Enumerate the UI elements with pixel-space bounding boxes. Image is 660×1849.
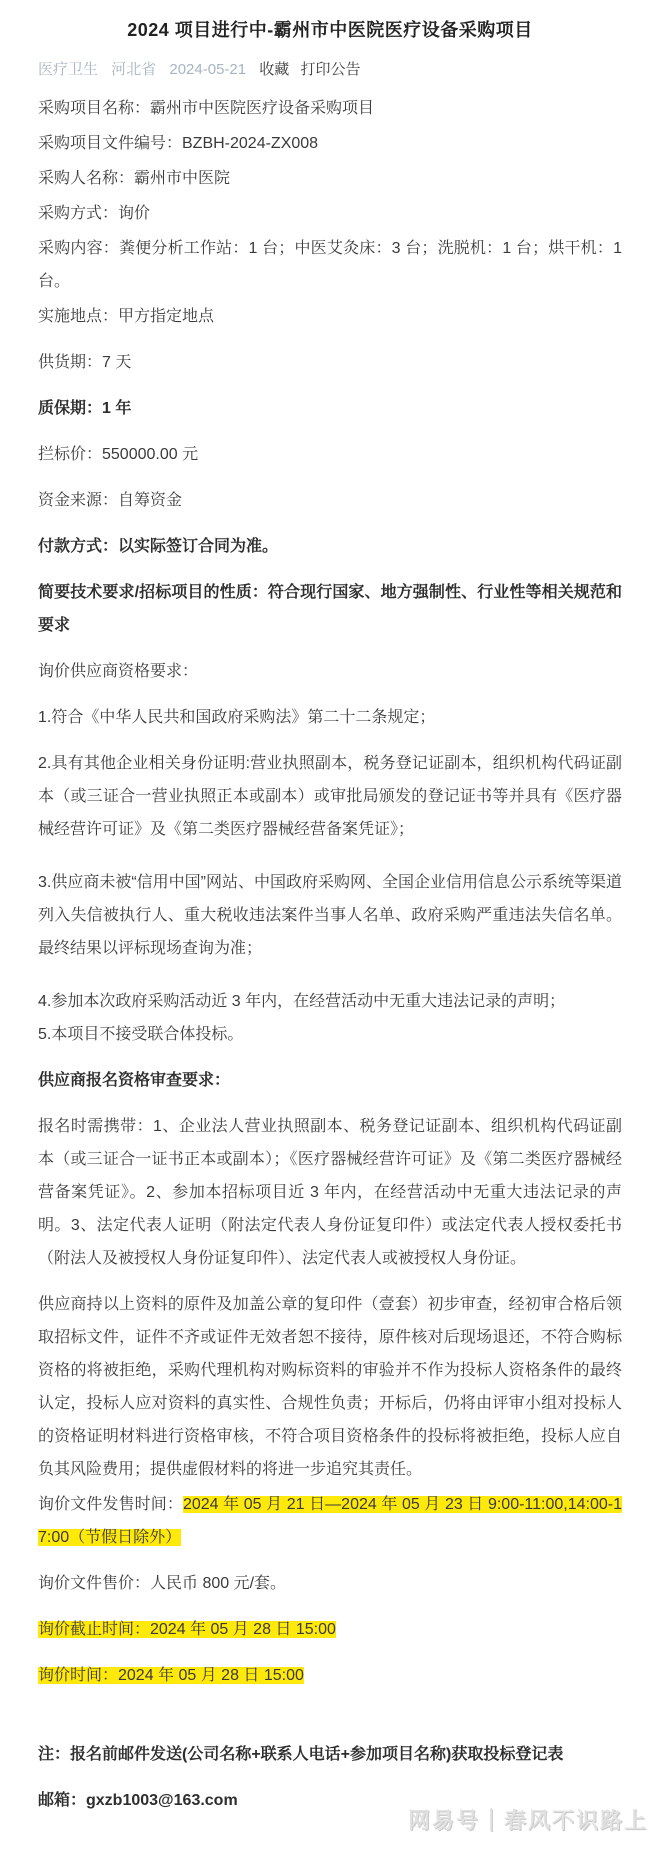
ceiling-price: 拦标价：550000.00 元: [38, 438, 622, 471]
registration-documents: 报名时需携带：1、企业法人营业执照副本、税务登记证副本、组织机构代码证副本（或三…: [38, 1110, 622, 1275]
supplier-qualification-heading: 询价供应商资格要求：: [38, 655, 622, 688]
technical-requirements: 简要技术要求/招标项目的性质：符合现行国家、地方强制性、行业性等相关规范和要求: [38, 576, 622, 642]
purchase-doc-number: 采购项目文件编号：BZBH-2024-ZX008: [38, 127, 622, 160]
payment-method: 付款方式：以实际签订合同为准。: [38, 530, 622, 563]
inquiry-time: 询价时间：2024 年 05 月 28 日 15:00: [38, 1659, 622, 1692]
purchase-content: 采购内容：粪便分析工作站：1 台；中医艾灸床：3 台；洗脱机：1 台；烘干机：1…: [38, 232, 622, 298]
purchase-method: 采购方式：询价: [38, 197, 622, 230]
warranty-period: 质保期：1 年: [38, 392, 622, 425]
document-sale-time: 询价文件发售时间：2024 年 05 月 21 日—2024 年 05 月 23…: [38, 1488, 622, 1554]
qualification-item-3: 3.供应商未被“信用中国”网站、中国政府采购网、全国企业信用信息公示系统等渠道列…: [38, 866, 622, 965]
announcement-page: 2024 项目进行中-霸州市中医院医疗设备采购项目 医疗卫生 河北省 2024-…: [0, 0, 660, 1849]
funding-source: 资金来源：自筹资金: [38, 484, 622, 517]
registration-review-heading: 供应商报名资格审查要求：: [38, 1064, 622, 1097]
article-body: 采购项目名称：霸州市中医院医疗设备采购项目采购项目文件编号：BZBH-2024-…: [38, 92, 622, 1817]
netease-watermark: 网易号｜春风不识路上: [408, 1804, 648, 1835]
page-title: 2024 项目进行中-霸州市中医院医疗设备采购项目: [38, 18, 622, 43]
region-tag[interactable]: 河北省: [111, 61, 156, 78]
article-meta-bar: 医疗卫生 河北省 2024-05-21 收藏 打印公告: [38, 59, 622, 82]
qualification-item-5: 5.本项目不接受联合体投标。: [38, 1018, 622, 1051]
supply-period: 供货期：7 天: [38, 346, 622, 379]
qualification-item-2: 2.具有其他企业相关身份证明:营业执照副本，税务登记证副本，组织机构代码证副本（…: [38, 747, 622, 846]
inquiry-deadline: 询价截止时间：2024 年 05 月 28 日 15:00: [38, 1613, 622, 1646]
qualification-item-4: 4.参加本次政府采购活动近 3 年内，在经营活动中无重大违法记录的声明；: [38, 985, 622, 1018]
category-tag[interactable]: 医疗卫生: [38, 61, 98, 78]
implementation-location: 实施地点：甲方指定地点: [38, 300, 622, 333]
review-process: 供应商持以上资料的原件及加盖公章的复印件（壹套）初步审查，经初审合格后领取招标文…: [38, 1288, 622, 1486]
qualification-item-1: 1.符合《中华人民共和国政府采购法》第二十二条规定；: [38, 701, 622, 734]
registration-note: 注：报名前邮件发送(公司名称+联系人电话+参加项目名称)获取投标登记表: [38, 1738, 622, 1771]
purchase-project-name: 采购项目名称：霸州市中医院医疗设备采购项目: [38, 92, 622, 125]
favorite-button[interactable]: 收藏: [259, 61, 289, 78]
purchaser-name: 采购人名称：霸州市中医院: [38, 162, 622, 195]
document-price: 询价文件售价：人民币 800 元/套。: [38, 1567, 622, 1600]
print-announcement-button[interactable]: 打印公告: [300, 61, 360, 78]
publish-date: 2024-05-21: [169, 61, 246, 78]
